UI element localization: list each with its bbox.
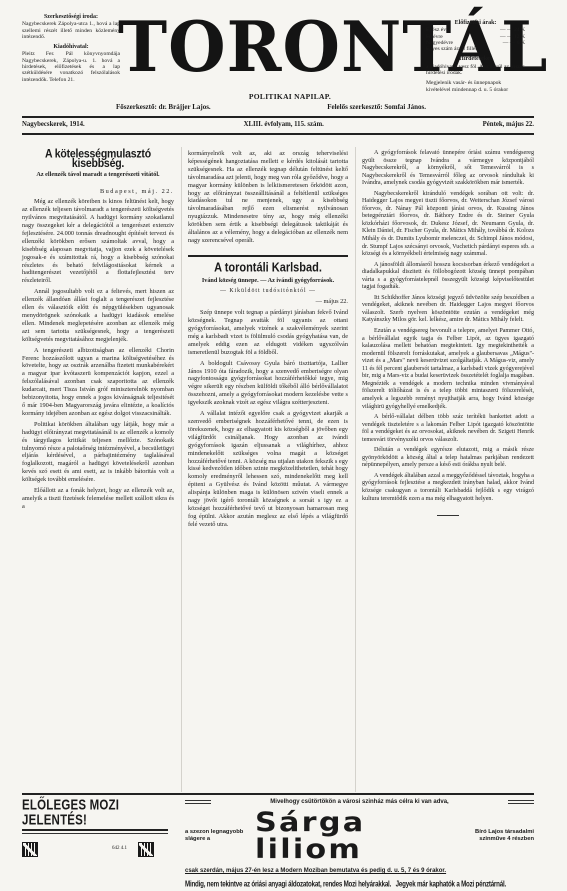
ads-text: a kiadóhivatal vesz föl. Azonkívül az ös…: [426, 64, 525, 77]
publisher-text: Pleitz Fer. Pál könyvnyomdája Nagybecske…: [22, 51, 120, 82]
article-paragraph: A gyógyforrások felavató ünnepére óriási…: [362, 150, 534, 188]
article-dateline: Budapest, máj. 22.: [22, 188, 174, 196]
ad-line-1: Mivelhogy csütörtökön a városi szinház m…: [185, 799, 534, 805]
article-headline: A torontáli Karlsbad.: [188, 264, 348, 273]
subscription-info-box: Előfizetési árak: Egész évre— — 24 K Fél…: [426, 20, 525, 97]
ad-title-underline: [22, 829, 168, 831]
schedule-text: Megjelenik vasár- és ünnepnapok kivételé…: [426, 80, 525, 93]
prices-title: Előfizetési árak:: [426, 20, 525, 26]
article-paragraph: Még az ellenzék köreiben is kinos feltün…: [22, 198, 174, 285]
editorial-info-box: Szerkesztőségi iroda: Nagybecskerek Zápo…: [22, 14, 120, 87]
article-paragraph: A bérlő-vállalat délben több száz teríté…: [362, 414, 534, 444]
article-paragraph: Ezután a vendégsereg bevonult a telepre,…: [362, 328, 534, 411]
volume-number: XLIII. évfolyam, 115. szám.: [244, 121, 324, 128]
article-column-1: A kötelességmulasztó kisebbség. Az ellen…: [22, 140, 174, 511]
issue-date: Péntek, május 22.: [483, 121, 534, 128]
article-dateline: — május 22.: [188, 298, 348, 306]
article-paragraph: Annál jogosultabb volt ez a feltevés, me…: [22, 288, 174, 343]
article-paragraph: Délután a vendégek egyrésze elutazott, m…: [362, 447, 534, 470]
ad-announcement-title: ELŐLEGES MOZI JELENTÉS!: [22, 798, 172, 828]
ad-decor-lines: [185, 800, 211, 804]
newspaper-title: TORONTÁL: [118, 10, 428, 84]
editor-in-chief: Főszerkesztő: dr. Brájjer Lajos.: [116, 103, 211, 111]
ad-decor-lines: [508, 800, 534, 804]
ornament-icon: [138, 842, 154, 857]
header-rule-bottom: [22, 133, 534, 135]
article-paragraph: A vendégek általában azzal a meggyőződés…: [362, 473, 534, 503]
article-byline: — Kiküldött tudósitónktól —: [188, 288, 348, 296]
article-paragraph: A tengerészeti albizottságban az ellenzé…: [22, 347, 174, 418]
ad-line-2: a szezon legnagyobb slágere a Sárga lili…: [185, 809, 534, 863]
place-year: Nagybecskerek, 1914.: [22, 121, 85, 128]
ad-code: 642 4.1: [112, 846, 127, 851]
mozi-ad-main: Mivelhogy csütörtökön a városi szinház m…: [185, 799, 534, 887]
film-title: Sárga liliom: [255, 809, 440, 863]
editorial-office-text: Nagybecskerek Zápolya-utca 1., hová a la…: [22, 21, 120, 40]
article-end-rule: [437, 515, 459, 516]
ad-pre-title: a szezon legnagyobb slágere a: [185, 829, 255, 842]
article-paragraph: Nagybecskerekről kiránduló vendégek sorá…: [362, 191, 534, 259]
newspaper-subtitle: POLITIKAI NAPILAP.: [190, 92, 390, 101]
article-separator: [188, 255, 348, 257]
editors-line: Főszerkesztő: dr. Brájjer Lajos. Felelős…: [116, 103, 426, 111]
article-headline: A kötelességmulasztó kisebbség.: [22, 151, 174, 169]
ad-screening-info: csak szerdán, május 27-én lesz a Modern …: [185, 868, 534, 874]
article-column-3: A gyógyforrások felavató ünnepére óriási…: [362, 150, 534, 516]
responsible-editor: Felelős szerkesztő: Somfai János.: [327, 103, 426, 111]
ad-separator-rule: [22, 793, 534, 795]
ornament-icon: [22, 842, 38, 857]
editorial-office-title: Szerkesztőségi iroda:: [22, 14, 120, 20]
article-paragraph: Itt Schikhoffer János községi jegyző üdv…: [362, 295, 534, 325]
article-paragraph: Politikai körökben általában ugy látják,…: [22, 421, 174, 484]
article-paragraph: A jánosföldi állomásról hosszu kocsisorb…: [362, 262, 534, 292]
mozi-ad-left: ELŐLEGES MOZI JELENTÉS!: [22, 798, 172, 834]
article-paragraph: Előállott az a fonák helyzet, hogy az el…: [22, 487, 174, 511]
ad-title-underline-thin: [22, 833, 168, 834]
ads-title: Hirdetéseket: [426, 56, 525, 62]
article-paragraph: kormányelnök volt az, aki az ország tehe…: [188, 150, 348, 245]
article-deck: Ivánd község ünnepe. — Az ivándi gyógyfo…: [192, 277, 344, 285]
single-issue-price: Egyes szám ára 8 fillér.: [426, 46, 525, 52]
article-paragraph: Szép ünnepe volt tegnap a párdányi járás…: [188, 309, 348, 356]
article-deck: Az ellenzék távol maradt a tengerészeti …: [26, 171, 170, 179]
ad-post-title: Bíró Lajos társadalmi szinműve 4 részben: [464, 829, 534, 842]
ad-ticket-info: Mindig, nem tekintve az óriási anyagi ál…: [185, 880, 534, 889]
publisher-title: Kiadóhivatal:: [22, 44, 120, 50]
header-rule-top: [22, 116, 534, 118]
article-paragraph: A vállalat intézői egyelőre csak a gyógy…: [188, 410, 348, 529]
column-separator: [355, 147, 356, 792]
article-paragraph: A boldogult Csávossy Gyula báró tiszttar…: [188, 360, 348, 407]
price-value: — — 6 K: [503, 40, 525, 46]
column-separator: [181, 147, 182, 792]
issue-dateline: Nagybecskerek, 1914. XLIII. évfolyam, 11…: [22, 121, 534, 128]
ad-intro-text: Mivelhogy csütörtökön a városi szinház m…: [219, 799, 500, 805]
article-column-2: kormányelnök volt az, aki az ország tehe…: [188, 150, 348, 529]
